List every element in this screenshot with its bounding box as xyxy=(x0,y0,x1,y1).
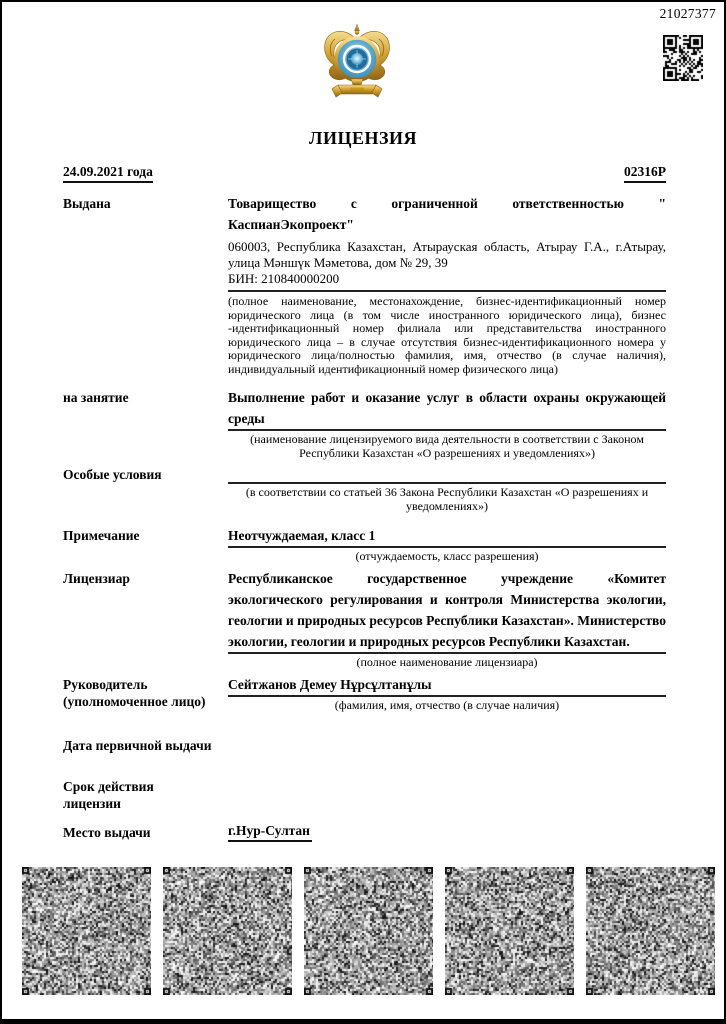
field-remark: Примечание Неотчуждаемая, класс 1 (отчуж… xyxy=(2,525,724,563)
activity-label: на занятие xyxy=(63,387,228,460)
head-note: (фамилия, имя, отчество (в случае наличи… xyxy=(237,698,657,712)
barcode-strip xyxy=(22,867,715,995)
issued-to-bin: БИН: 210840000200 xyxy=(228,271,666,287)
validity-label: Срок действия лицензии xyxy=(63,776,173,812)
qr-code-icon xyxy=(663,35,703,81)
barcode-block-icon xyxy=(586,867,715,995)
special-conditions-label: Особые условия xyxy=(63,464,228,513)
field-head: Руководитель (уполномоченное лицо) Сейтж… xyxy=(2,674,724,712)
issued-to-note: (полное наименование, местонахождение, б… xyxy=(228,290,666,376)
field-issued-to: Выдана Товарищество с ограниченной ответ… xyxy=(2,193,724,376)
field-validity: Срок действия лицензии xyxy=(2,776,724,812)
kazakhstan-emblem-icon xyxy=(320,23,394,105)
barcode-block-icon xyxy=(22,867,151,995)
head-value: Сейтжанов Демеу Нұрсұлтанұлы xyxy=(228,674,666,697)
remark-value: Неотчуждаемая, класс 1 xyxy=(228,525,666,548)
issue-place-label: Место выдачи xyxy=(63,822,228,842)
licensor-note: (полное наименование лицензиара) xyxy=(237,655,657,669)
issued-to-label: Выдана xyxy=(63,193,228,376)
barcode-block-icon xyxy=(304,867,433,995)
issue-place-value: г.Нур-Султан xyxy=(228,823,312,842)
field-licensor: Лицензиар Республиканское государственно… xyxy=(2,568,724,669)
barcode-block-icon xyxy=(163,867,292,995)
remark-label: Примечание xyxy=(63,525,228,563)
license-document-page: 21027377 xyxy=(0,0,726,1024)
activity-value: Выполнение работ и оказание услуг в обла… xyxy=(228,387,666,431)
field-special-conditions: Особые условия (в соответствии со статье… xyxy=(2,464,724,513)
issued-to-value: Товарищество с ограниченной ответственно… xyxy=(228,193,666,235)
field-issue-place: Место выдачи г.Нур-Султан xyxy=(2,822,724,842)
page-title: ЛИЦЕНЗИЯ xyxy=(2,128,724,149)
barcode-block-icon xyxy=(445,867,574,995)
head-label-line1: Руководитель xyxy=(63,676,228,693)
document-top-number: 21027377 xyxy=(660,6,716,22)
date-number-row: 24.09.2021 года 02316P xyxy=(63,164,666,183)
remark-note: (отчуждаемость, класс разрешения) xyxy=(237,549,657,563)
head-label-line2: (уполномоченное лицо) xyxy=(63,693,228,710)
special-conditions-value xyxy=(228,464,666,484)
issued-to-address: 060003, Республика Казахстан, Атырауская… xyxy=(228,239,666,271)
special-conditions-note: (в соответствии со статьей 36 Закона Рес… xyxy=(237,485,657,513)
first-issue-date-label: Дата первичной выдачи xyxy=(63,735,283,754)
license-number: 02316P xyxy=(624,164,666,183)
licensor-label: Лицензиар xyxy=(63,568,228,669)
licensor-value: Республиканское государственное учрежден… xyxy=(228,568,666,654)
field-activity: на занятие Выполнение работ и оказание у… xyxy=(2,387,724,460)
head-label: Руководитель (уполномоченное лицо) xyxy=(63,674,228,712)
issue-date: 24.09.2021 года xyxy=(63,164,153,183)
field-first-issue-date: Дата первичной выдачи xyxy=(2,735,724,754)
activity-note: (наименование лицензируемого вида деятел… xyxy=(237,432,657,460)
